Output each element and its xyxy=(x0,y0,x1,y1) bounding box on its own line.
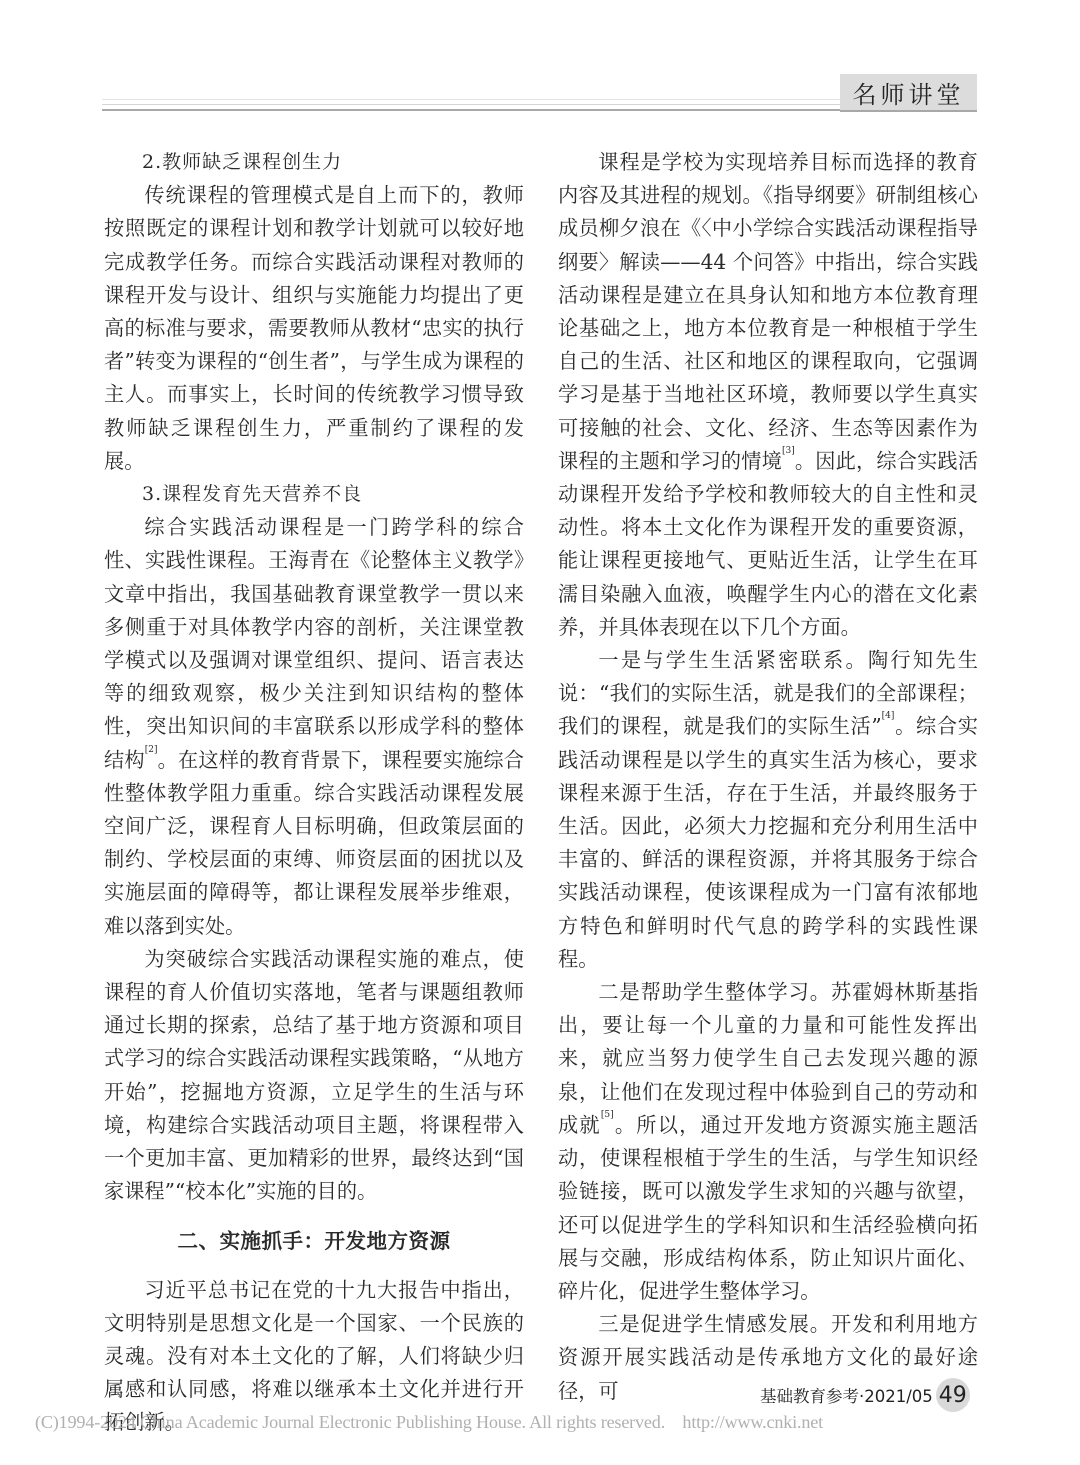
left-column: 2.教师缺乏课程创生力 传统课程的管理模式是自上而下的，教师按照既定的课程计划和… xyxy=(104,146,524,1440)
section-heading: 二、实施抓手：开发地方资源 xyxy=(104,1225,524,1258)
subsection-title: 2.教师缺乏课程创生力 xyxy=(104,146,524,179)
paragraph: 二是帮助学生整体学习。苏霍姆林斯基指出，要让每一个儿童的力量和可能性发挥出来，就… xyxy=(558,976,978,1308)
citation-ref: [3] xyxy=(782,446,795,456)
paragraph-text: 课程是学校为实现培养目标而选择的教育内容及其进程的规划。《指导纲要》研制组核心成… xyxy=(558,150,978,473)
paragraph: 传统课程的管理模式是自上而下的，教师按照既定的课程计划和教学计划就可以较好地完成… xyxy=(104,179,524,478)
paragraph-text: 。在这样的教育背景下，课程要实施综合性整体教学阻力重重。综合实践活动课程发展空间… xyxy=(104,748,524,938)
header-rule-line xyxy=(102,99,840,100)
paragraph-text: 。所以，通过开发地方资源实施主题活动，使课程根植于学生的生活，与学生知识经验链接… xyxy=(558,1113,978,1303)
citation-ref: [2] xyxy=(145,745,158,755)
page-footer: 基础教育参考·2021/05 49 xyxy=(760,1378,970,1412)
paragraph-text: 。因此，综合实践活动课程开发给予学校和教师较大的自主性和灵动性。将本土文化作为课… xyxy=(558,449,978,639)
subsection-title: 3.课程发育先天营养不良 xyxy=(104,478,524,511)
paragraph: 为突破综合实践活动课程实施的难点，使课程的育人价值切实落地，笔者与课题组教师通过… xyxy=(104,943,524,1209)
header-rule xyxy=(102,99,840,111)
paragraph: 综合实践活动课程是一门跨学科的综合性、实践性课程。王海青在《论整体主义教学》文章… xyxy=(104,511,524,943)
header-rule-line xyxy=(102,104,840,105)
journal-issue: 基础教育参考·2021/05 xyxy=(760,1383,933,1407)
citation-ref: [4] xyxy=(882,711,895,721)
paragraph-text: 综合实践活动课程是一门跨学科的综合性、实践性课程。王海青在《论整体主义教学》文章… xyxy=(104,515,524,771)
paragraph: 一是与学生生活紧密联系。陶行知先生说：“我们的实际生活，就是我们的全部课程；我们… xyxy=(558,644,978,976)
right-column: 课程是学校为实现培养目标而选择的教育内容及其进程的规划。《指导纲要》研制组核心成… xyxy=(558,146,978,1408)
paragraph-text: 。综合实践活动课程是以学生的真实生活为核心，要求课程来源于生活，存在于生活，并最… xyxy=(558,714,978,970)
section-tab: 名师讲堂 xyxy=(840,74,977,112)
copyright-watermark: (C)1994-2024 China Academic Journal Elec… xyxy=(35,1412,823,1433)
header-rule-line xyxy=(102,109,840,111)
page-number: 49 xyxy=(936,1378,970,1412)
citation-ref: [5] xyxy=(601,1110,614,1120)
paragraph: 课程是学校为实现培养目标而选择的教育内容及其进程的规划。《指导纲要》研制组核心成… xyxy=(558,146,978,644)
